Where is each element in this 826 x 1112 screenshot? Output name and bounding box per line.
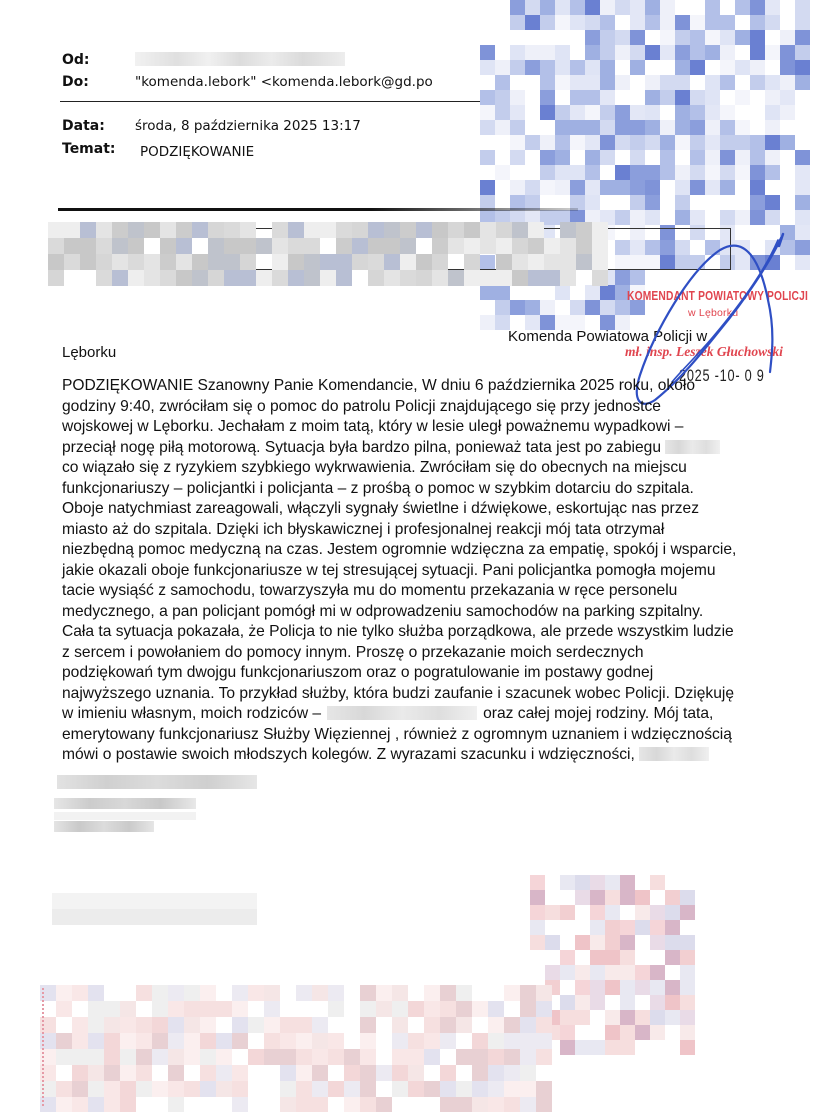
redacted-sender-name <box>57 775 257 789</box>
body-line-text: przeciął nogę piłą motorową. Sytuacja by… <box>62 439 661 456</box>
body-line: z sercem i powołaniem do pomocy innym. P… <box>62 643 742 664</box>
body-line: mówi o postawie swoich młodszych kolegów… <box>62 745 742 766</box>
redacted-inline <box>327 706 477 720</box>
body-line: tacie wysiąść z samochodu, towarzyszyła … <box>62 581 742 602</box>
body-line-text: oraz całej mojej rodziny. Mój tata, <box>483 705 713 722</box>
footer-frame-line <box>42 988 45 1106</box>
body-line: jakie okazali oboje funkcjonariusze w te… <box>62 561 742 582</box>
body-line: godziny 9:40, zwróciłam się o pomoc do p… <box>62 397 742 418</box>
body-line: PODZIĘKOWANIE Szanowny Panie Komendancie… <box>62 376 742 397</box>
body-line: Cała ta sytuacja pokazała, że Policja to… <box>62 622 742 643</box>
redacted-inline <box>665 440 720 454</box>
body-line: podziękowań tym dwojgu funkcjonariuszom … <box>62 663 742 684</box>
redacted-inline <box>639 747 709 761</box>
body-line: przeciął nogę piłą motorową. Sytuacja by… <box>62 438 742 459</box>
body-line: miasto aż do szpitala. Dzięki ich błyska… <box>62 520 742 541</box>
redacted-footer-left <box>52 893 257 925</box>
redacted-footer-logos <box>40 985 540 1112</box>
redacted-address-1 <box>54 798 196 809</box>
body-line: Oboje natychmiast zareagowali, włączyli … <box>62 499 742 520</box>
body-line: medycznego, a pan policjant pomógł mi w … <box>62 602 742 623</box>
body-line: niezbędną pomoc medyczną na czas. Jestem… <box>62 540 742 561</box>
body-line-text: mówi o postawie swoich młodszych kolegów… <box>62 746 635 763</box>
body-line: emerytowany funkcjonariusz Służby Więzie… <box>62 725 742 746</box>
body-line: najwyższego uznania. To przykład służby,… <box>62 684 742 705</box>
body-line: w imieniu własnym, moich rodziców –oraz … <box>62 704 742 725</box>
redacted-address-2 <box>54 812 196 820</box>
redacted-address-3 <box>54 821 154 832</box>
redacted-footer-stamp <box>530 875 730 1050</box>
letter-body: PODZIĘKOWANIE Szanowny Panie Komendancie… <box>62 376 742 766</box>
body-line-text: w imieniu własnym, moich rodziców – <box>62 705 321 722</box>
body-line: funkcjonariuszy – policjantki i policjan… <box>62 479 742 500</box>
body-line: wojskowej w Lęborku. Jechałam z moim tat… <box>62 417 742 438</box>
body-line: co wiązało się z ryzykiem szybkiego wykr… <box>62 458 742 479</box>
